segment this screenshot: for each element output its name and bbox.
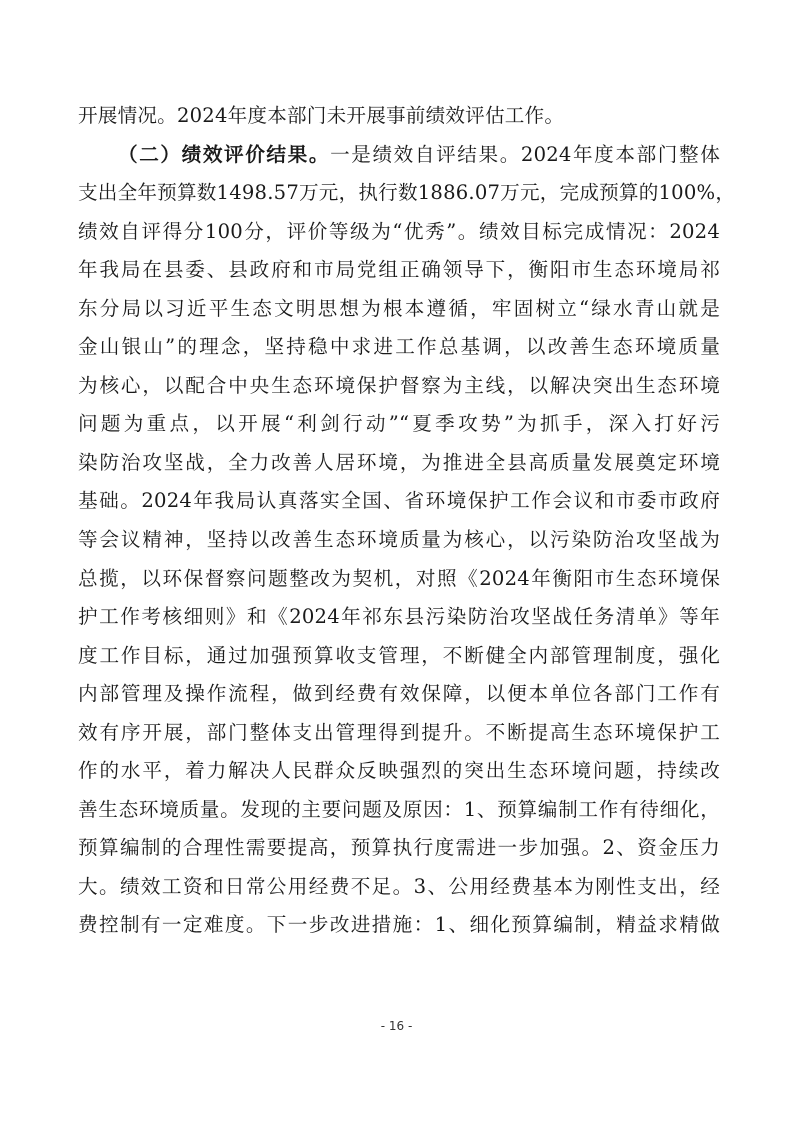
- paragraph-line: 绩效自评得分100分，评价等级为“优秀”。绩效目标完成情况：2024: [78, 213, 720, 252]
- paragraph-line: 大。绩效工资和日常公用经费不足。3、公用经费基本为刚性支出，经: [78, 868, 720, 907]
- paragraph-line: 问题为重点，以开展“利剑行动”“夏季攻势”为抓手，深入打好污: [78, 405, 720, 444]
- paragraph-line: 总揽，以环保督察问题整改为契机，对照《2024年衡阳市生态环境保: [78, 560, 720, 599]
- paragraph-line: 善生态环境质量。发现的主要问题及原因：1、预算编制工作有待细化，: [78, 791, 720, 830]
- paragraph-line: 开展情况。2024年度本部门未开展事前绩效评估工作。: [78, 97, 720, 136]
- paragraph-line: 内部管理及操作流程，做到经费有效保障，以便本单位各部门工作有: [78, 675, 720, 714]
- paragraph-line: 支出全年预算数1498.57万元，执行数1886.07万元，完成预算的100%，: [78, 174, 720, 213]
- paragraph-line: 度工作目标，通过加强预算收支管理，不断健全内部管理制度，强化: [78, 637, 720, 676]
- paragraph-line: 染防治攻坚战，全力改善人居环境，为推进全县高质量发展奠定环境: [78, 444, 720, 483]
- paragraph-line: 基础。2024年我局认真落实全国、省环境保护工作会议和市委市政府: [78, 482, 720, 521]
- paragraph-line: 年我局在县委、县政府和市局党组正确领导下，衡阳市生态环境局祁: [78, 251, 720, 290]
- paragraph-line: 费控制有一定难度。下一步改进措施：1、细化预算编制，精益求精做: [78, 906, 720, 945]
- body-text: 开展情况。2024年度本部门未开展事前绩效评估工作。 （二）绩效评价结果。一是绩…: [78, 97, 720, 945]
- page-number: - 16 -: [0, 1019, 793, 1033]
- paragraph-line: 护工作考核细则》和《2024年祁东县污染防治攻坚战任务清单》等年: [78, 598, 720, 637]
- paragraph-line: 为核心，以配合中央生态环境保护督察为主线，以解决突出生态环境: [78, 367, 720, 406]
- paragraph-line: 等会议精神，坚持以改善生态环境质量为核心，以污染防治攻坚战为: [78, 521, 720, 560]
- paragraph-line: 作的水平，着力解决人民群众反映强烈的突出生态环境问题，持续改: [78, 752, 720, 791]
- paragraph-line: 效有序开展，部门整体支出管理得到提升。不断提高生态环境保护工: [78, 714, 720, 753]
- paragraph-line: 东分局以习近平生态文明思想为根本遵循，牢固树立“绿水青山就是: [78, 290, 720, 329]
- document-page: 开展情况。2024年度本部门未开展事前绩效评估工作。 （二）绩效评价结果。一是绩…: [0, 0, 793, 1122]
- section-heading: （二）绩效评价结果。: [118, 143, 330, 166]
- section-heading-line: （二）绩效评价结果。一是绩效自评结果。2024年度本部门整体: [78, 136, 720, 175]
- paragraph-line: 金山银山”的理念，坚持稳中求进工作总基调，以改善生态环境质量: [78, 328, 720, 367]
- paragraph-line: 预算编制的合理性需要提高，预算执行度需进一步加强。2、资金压力: [78, 829, 720, 868]
- paragraph-line-rest: 一是绩效自评结果。2024年度本部门整体: [330, 143, 720, 166]
